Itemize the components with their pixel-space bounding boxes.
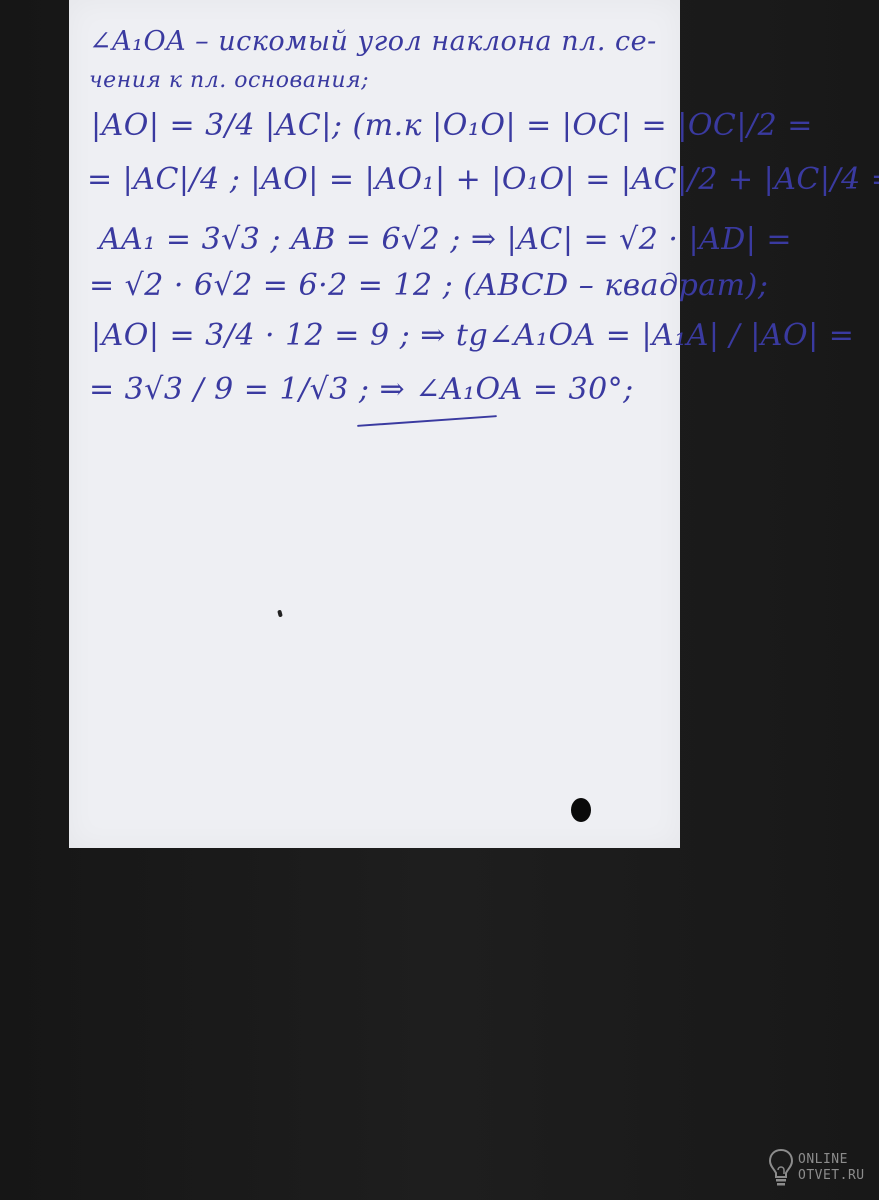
text-line-7: |AO| = 3/4 · 12 = 9 ; ⇒ tg∠A₁OA = |A₁A| … [91,318,854,353]
text-line-2: чения к пл. основания; [89,68,369,93]
watermark-logo: ONLINE OTVET.RU [768,1148,865,1188]
ink-speck [277,610,283,618]
text-line-5: AA₁ = 3√3 ; AB = 6√2 ; ⇒ |AC| = √2 · |AD… [99,222,792,257]
handwritten-page: ∠A₁OA – искомый угол наклона пл. се- чен… [69,0,680,848]
text-line-1: ∠A₁OA – искомый угол наклона пл. се- [89,26,657,57]
watermark-line-1: ONLINE [798,1152,865,1168]
punch-hole [571,798,591,822]
text-line-8-answer: = 3√3 / 9 = 1/√3 ; ⇒ ∠A₁OA = 30°; [89,372,634,407]
text-line-4: = |AC|/4 ; |AO| = |AO₁| + |O₁O| = |AC|/2… [87,162,879,197]
text-line-3: |AO| = 3/4 |AC|; (т.к |O₁O| = |OC| = |OC… [91,108,813,143]
watermark-line-2: OTVET.RU [798,1168,865,1184]
lightbulb-icon [768,1148,794,1188]
answer-underline [357,415,497,427]
text-line-6: = √2 · 6√2 = 6·2 = 12 ; (ABCD – квадрат)… [89,268,768,303]
